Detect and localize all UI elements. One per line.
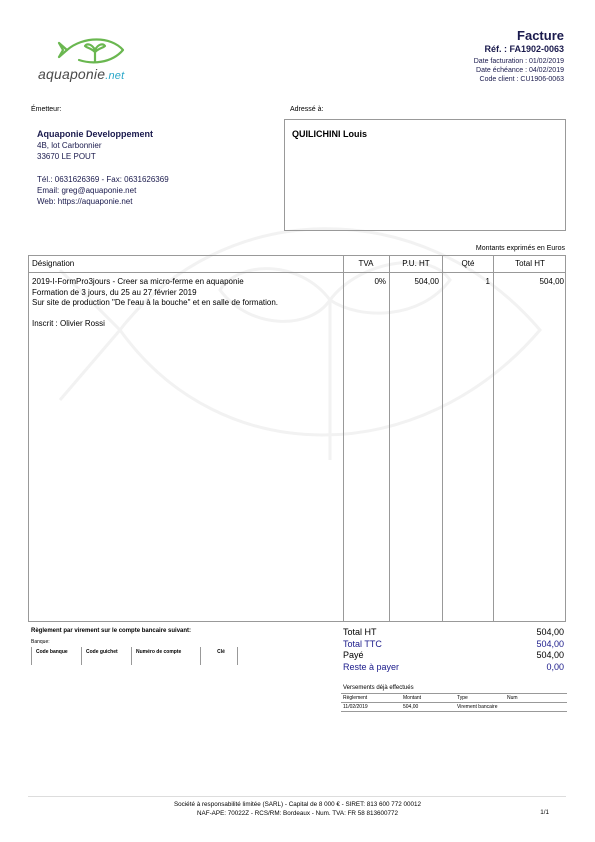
sender-label: Émetteur: bbox=[31, 106, 61, 113]
footer-legal: Société à responsabilité limitée (SARL) … bbox=[0, 800, 595, 818]
payment-type: Virement bancaire bbox=[457, 704, 498, 710]
page-number: 1/1 bbox=[540, 809, 549, 816]
sender-email: Email: greg@aquaponie.net bbox=[37, 185, 169, 196]
line-total-ht: 504,00 bbox=[494, 277, 564, 286]
recipient-label: Adressé à: bbox=[290, 106, 323, 113]
line-description-4: Inscrit : Olivier Rossi bbox=[32, 319, 278, 330]
footer-line-1: Société à responsabilité limitée (SARL) … bbox=[0, 800, 595, 809]
header-qty: Qté bbox=[443, 259, 493, 268]
bank-col-end bbox=[237, 647, 238, 665]
brand-name-suffix: .net bbox=[105, 70, 124, 82]
line-description-3: Sur site de production "De l'eau à la bo… bbox=[32, 298, 278, 309]
header-pu-ht: P.U. HT bbox=[390, 259, 442, 268]
paid-value: 504,00 bbox=[536, 650, 564, 662]
line-qty: 1 bbox=[443, 277, 490, 286]
payments-done-row: 11/02/2019 504,00 Virement bancaire bbox=[341, 702, 567, 712]
sender-web: Web: https://aquaponie.net bbox=[37, 196, 169, 207]
client-code: Code client : CU1906-0063 bbox=[474, 75, 564, 84]
sender-name: Aquaponie Developpement bbox=[37, 129, 169, 140]
line-description: 2019-I-FormPro3jours - Creer sa micro-fe… bbox=[32, 277, 278, 330]
invoice-date: Date facturation : 01/02/2019 bbox=[474, 57, 564, 66]
line-description-1: 2019-I-FormPro3jours - Creer sa micro-fe… bbox=[32, 277, 278, 288]
brand-name-main: aquaponie bbox=[38, 66, 105, 82]
paid-row: Payé 504,00 bbox=[343, 650, 564, 662]
column-divider bbox=[442, 256, 443, 621]
document-ref: Réf. : FA1902-0063 bbox=[484, 44, 564, 54]
total-ttc-label: Total TTC bbox=[343, 639, 382, 651]
payments-done-table: Règlement Montant Type Num 11/02/2019 50… bbox=[341, 693, 567, 712]
bank-col-code-guichet: Code guichet bbox=[81, 647, 131, 665]
brand-name: aquaponie.net bbox=[38, 66, 124, 82]
column-divider bbox=[493, 256, 494, 621]
payments-header-amount: Montant bbox=[403, 695, 421, 701]
footer-line-2: NAF-APE: 70022Z - RCS/RM: Bordeaux - Num… bbox=[0, 809, 595, 818]
total-ht-value: 504,00 bbox=[536, 627, 564, 639]
remaining-value: 0,00 bbox=[546, 662, 564, 674]
payment-amount: 504,00 bbox=[403, 704, 418, 710]
document-meta: Date facturation : 01/02/2019 Date échéa… bbox=[474, 57, 564, 84]
column-divider bbox=[389, 256, 390, 621]
line-pu-ht: 504,00 bbox=[390, 277, 439, 286]
currency-note: Montants exprimés en Euros bbox=[476, 245, 565, 252]
remaining-label: Reste à payer bbox=[343, 662, 399, 674]
paid-label: Payé bbox=[343, 650, 364, 662]
payments-header-reglement: Règlement bbox=[343, 695, 367, 701]
sender-phone: Tél.: 0631626369 - Fax: 0631626369 bbox=[37, 174, 169, 185]
total-ht-row: Total HT 504,00 bbox=[343, 627, 564, 639]
sender-block: Aquaponie Developpement 4B, lot Carbonni… bbox=[37, 129, 169, 207]
sender-address-2: 33670 LE POUT bbox=[37, 151, 169, 162]
payments-header-type: Type bbox=[457, 695, 468, 701]
footer-divider bbox=[28, 796, 566, 797]
bank-col-account-number: Numéro de compte bbox=[131, 647, 200, 665]
remaining-row: Reste à payer 0,00 bbox=[343, 662, 564, 674]
header-tva: TVA bbox=[343, 259, 389, 268]
payment-title: Règlement par virement sur le compte ban… bbox=[31, 628, 191, 634]
document-title: Facture bbox=[517, 28, 564, 43]
header-total-ht: Total HT bbox=[494, 259, 566, 268]
total-ht-label: Total HT bbox=[343, 627, 377, 639]
totals-block: Total HT 504,00 Total TTC 504,00 Payé 50… bbox=[343, 627, 564, 673]
bank-col-code-banque: Code banque bbox=[31, 647, 81, 665]
invoice-lines-table: Désignation TVA P.U. HT Qté Total HT 201… bbox=[28, 255, 566, 622]
total-ttc-row: Total TTC 504,00 bbox=[343, 639, 564, 651]
column-divider bbox=[343, 256, 344, 621]
sender-address-1: 4B, lot Carbonnier bbox=[37, 140, 169, 151]
due-date: Date échéance : 04/02/2019 bbox=[474, 66, 564, 75]
bank-col-key: Clé bbox=[200, 647, 237, 665]
header-designation: Désignation bbox=[32, 259, 74, 268]
payments-done-header: Règlement Montant Type Num bbox=[341, 693, 567, 702]
bank-label: Banque: bbox=[31, 639, 50, 645]
payments-header-num: Num bbox=[507, 695, 518, 701]
line-description-2: Formation de 3 jours, du 25 au 27 févrie… bbox=[32, 288, 278, 299]
recipient-name: QUILICHINI Louis bbox=[292, 129, 367, 139]
payments-done-title: Versements déjà effectués bbox=[343, 685, 414, 691]
line-tva: 0% bbox=[343, 277, 386, 286]
total-ttc-value: 504,00 bbox=[536, 639, 564, 651]
payment-date: 11/02/2019 bbox=[343, 704, 368, 710]
